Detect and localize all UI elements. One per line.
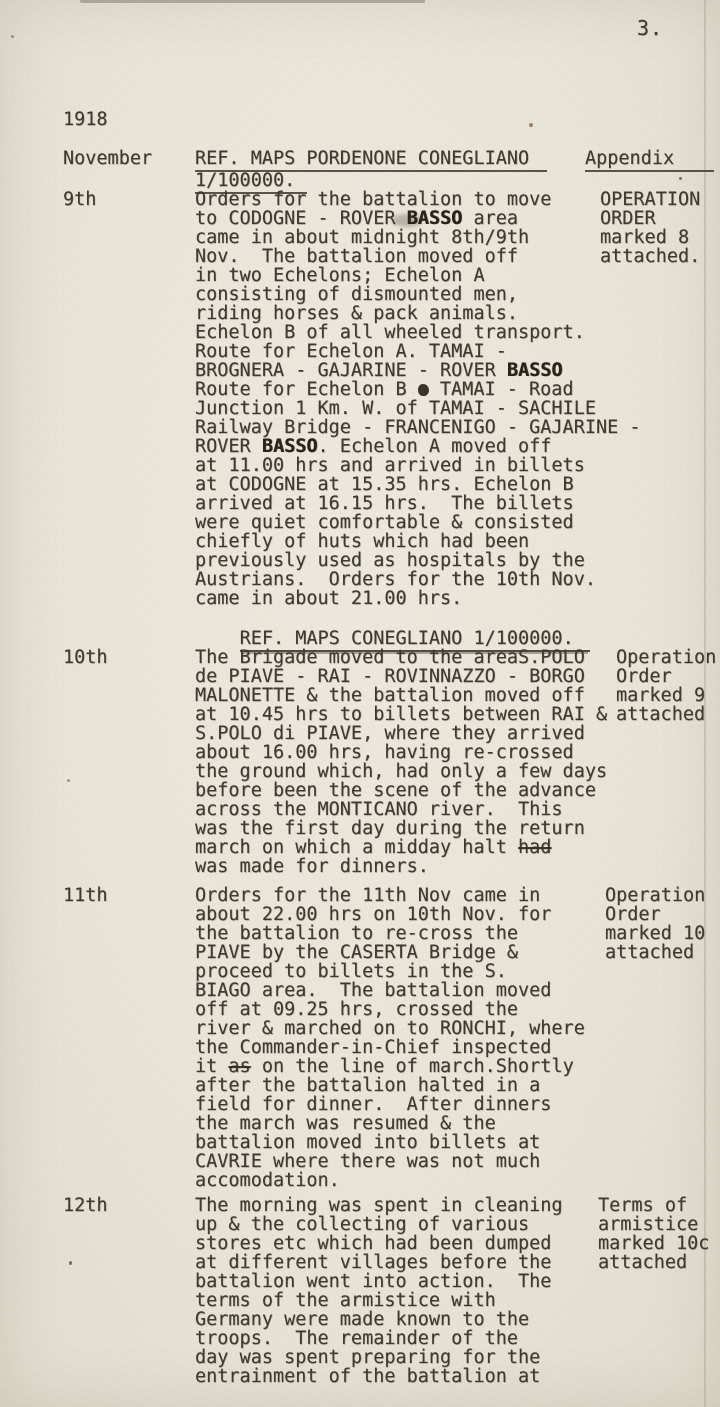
appendix-line: armistice [598, 1215, 709, 1234]
entry-line: entrainment of the battalion at [195, 1367, 563, 1386]
entry-line: at 10.45 hrs to billets between RAI & [195, 705, 607, 724]
appendix-line: Terms of [598, 1196, 709, 1215]
appendix-line: attached [605, 943, 705, 962]
entry-date: 9th [63, 190, 96, 209]
entry-line: BROGNERA - GAJARINE - ROVER BASSO [195, 361, 641, 380]
appendix-line: attached [598, 1253, 709, 1272]
appendix-line: attached [616, 705, 716, 724]
entry-line: across the MONTICANO river. This [195, 800, 607, 819]
page-number: 3. [637, 16, 663, 40]
entry-line: at CODOGNE at 15.35 hrs. Echelon B [195, 475, 641, 494]
entry-line: came in about midnight 8th/9th [195, 228, 641, 247]
entry-line: were quiet comfortable & consisted [195, 513, 641, 532]
overtype-blot: - [418, 384, 429, 396]
overtyped-text: BASSO [407, 208, 463, 229]
entry-appendix-note: Terms ofarmisticemarked 10cattached [598, 1196, 709, 1272]
entry-line: Echelon B of all wheeled transport. [195, 323, 641, 342]
header-row: November REF. MAPS PORDENONE CONEGLIANO … [63, 148, 720, 194]
entry-line: proceed to billets in the S. [195, 962, 585, 981]
appendix-line: ORDER [600, 209, 700, 228]
entry-line: Austrians. Orders for the 10th Nov. [195, 570, 641, 589]
entry-line: before been the scene of the advance [195, 781, 607, 800]
entry-line: march on which a midday halt had [195, 838, 607, 857]
entry-date: 10th [63, 648, 108, 667]
appendix-line: Order [605, 905, 705, 924]
entry-line: de PIAVE - RAI - ROVINNAZZO - BORGO [195, 667, 607, 686]
entry-line: Route for Echelon B - TAMAI - Road [195, 380, 641, 399]
entry-line: accomodation. [195, 1171, 585, 1190]
entry-appendix-note: OperationOrdermarked 10attached [605, 886, 705, 962]
entry-appendix-note: OperationOrdermarked 9attached [616, 648, 716, 724]
entry-line: came in about 21.00 hrs. [195, 589, 641, 608]
war-diary-page: 3. 1918 November REF. MAPS PORDENONE CON… [0, 0, 720, 1407]
year-label: 1918 [63, 110, 108, 129]
entry-body: The Brigade moved to the areaS.POLOde PI… [195, 648, 607, 876]
entry-line: terms of the armistice with [195, 1291, 563, 1310]
entry-line: CAVRIE where there was not much [195, 1152, 585, 1171]
entry-line: Orders for the 11th Nov came in [195, 886, 585, 905]
entry-body: Orders for the 11th Nov came inabout 22.… [195, 886, 585, 1190]
entry-appendix-note: OPERATIONORDERmarked 8attached. [600, 190, 700, 266]
appendix-line: attached. [600, 247, 700, 266]
entry-line: at different villages before the [195, 1253, 563, 1272]
appendix-line: marked 8 [600, 228, 700, 247]
entry-line: the march was resumed & the [195, 1114, 585, 1133]
entry-line: field for dinner. After dinners [195, 1095, 585, 1114]
entry-line: Germany were made known to the [195, 1310, 563, 1329]
entry-line: riding horses & pack animals. [195, 304, 641, 323]
scan-edge-artifact [80, 0, 425, 3]
entry-line: day was spent preparing for the [195, 1348, 563, 1367]
entry-line: The Brigade moved to the areaS.POLO [195, 648, 607, 667]
appendix-line: marked 9 [616, 686, 716, 705]
appendix-column-header: Appendix [585, 148, 714, 172]
entry-line: S.POLO di PIAVE, where they arrived [195, 724, 607, 743]
entry-line: about 16.00 hrs, having re-crossed [195, 743, 607, 762]
entry-line: battalion moved into billets at [195, 1133, 585, 1152]
entry-line: arrived at 16.15 hrs. The billets [195, 494, 641, 513]
entry-line: about 22.00 hrs on 10th Nov. for [195, 905, 585, 924]
entry-line: Nov. The battalion moved off [195, 247, 641, 266]
entry-body: The morning was spent in cleaningup & th… [195, 1196, 563, 1386]
overtyped-text: as [228, 1056, 250, 1077]
entry-line: the battalion to re-cross the [195, 924, 585, 943]
appendix-line: Order [616, 667, 716, 686]
entry-line: battalion went into action. The [195, 1272, 563, 1291]
overtyped-text: BASSO [507, 360, 563, 381]
entry-line: at 11.00 hrs and arrived in billets [195, 456, 641, 475]
entry-line: troops. The remainder of the [195, 1329, 563, 1348]
overtyped-text: BASSO [262, 436, 318, 457]
entry-line: the Commander-in-Chief inspected [195, 1038, 585, 1057]
appendix-line: OPERATION [600, 190, 700, 209]
entry-line: The morning was spent in cleaning [195, 1196, 563, 1215]
entry-line: after the battalion halted in a [195, 1076, 585, 1095]
ink-speck [11, 35, 14, 38]
entry-line: in two Echelons; Echelon A [195, 266, 641, 285]
appendix-line: marked 10c [598, 1234, 709, 1253]
entry-line: was made for dinners. [195, 857, 607, 876]
appendix-line: Operation [605, 886, 705, 905]
entry-line: Railway Bridge - FRANCENIGO - GAJARINE - [195, 418, 641, 437]
month-label: November [63, 148, 152, 169]
ink-speck [69, 1261, 72, 1265]
entry-line: consisting of dismounted men, [195, 285, 641, 304]
entry-date: 12th [63, 1196, 108, 1215]
entry-line: the ground which, had only a few days [195, 762, 607, 781]
appendix-line: Operation [616, 648, 716, 667]
entry-line: off at 09.25 hrs, crossed the [195, 1000, 585, 1019]
entry-line: previously used as hospitals by the [195, 551, 641, 570]
entry-line: stores etc which had been dumped [195, 1234, 563, 1253]
entry-line: river & marched on to RONCHI, where [195, 1019, 585, 1038]
entry-line: ROVER BASSO. Echelon A moved off [195, 437, 641, 456]
entry-line: Route for Echelon A. TAMAI - [195, 342, 641, 361]
entry-line: to CODOGNE - ROVER BASSO area [195, 209, 641, 228]
appendix-line: marked 10 [605, 924, 705, 943]
entry-line: BIAGO area. The battalion moved [195, 981, 585, 1000]
ink-speck [67, 779, 70, 782]
entry-line: was the first day during the return [195, 819, 607, 838]
entry-date: 11th [63, 886, 108, 905]
map-reference-line1: REF. MAPS PORDENONE CONEGLIANO [195, 148, 547, 172]
ink-speck [529, 123, 533, 127]
entry-body: Orders for the battalion to moveto CODOG… [195, 190, 641, 608]
entry-line: PIAVE by the CASERTA Bridge & [195, 943, 585, 962]
entry-line: it as on the line of march.Shortly [195, 1057, 585, 1076]
overtyped-text: had [518, 837, 551, 858]
entry-line: up & the collecting of various [195, 1215, 563, 1234]
entry-line: Junction 1 Km. W. of TAMAI - SACHILE [195, 399, 641, 418]
entry-line: chiefly of huts which had been [195, 532, 641, 551]
entry-line: MALONETTE & the battalion moved off [195, 686, 607, 705]
entry-line: Orders for the battalion to move [195, 190, 641, 209]
